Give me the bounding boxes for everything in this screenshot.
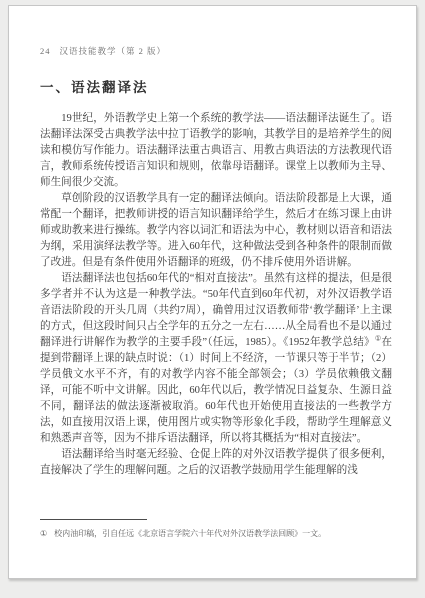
page-number: 24 [40, 46, 51, 56]
running-header: 24汉语技能教学（第 2 版） [40, 45, 390, 57]
body-text: 19世纪，外语教学史上第一个系统的教学法——语法翻译法诞生了。语法翻译法深受古典… [40, 111, 392, 479]
paragraph-text: 在提到带翻译上课的缺点时说：（1）时间上不经济，一节课只等于半节；（2）学员俄文… [40, 337, 392, 444]
footnote-text: 校内油印稿，引自任远《北京语言学院六十年代对外汉语教学法回顾》一文。 [54, 528, 326, 539]
paragraph-text: 语法翻译法也包括60年代的“相对直接法”。虽然有这样的提法，但是很多学者并不认为… [40, 273, 392, 348]
footnote-area: ① 校内油印稿，引自任远《北京语言学院六十年代对外汉语教学法回顾》一文。 [40, 519, 392, 539]
book-page: 24汉语技能教学（第 2 版） 一、语法翻译法 19世纪，外语教学史上第一个系统… [8, 5, 417, 579]
book-title: 汉语技能教学（第 2 版） [60, 46, 167, 56]
paragraph: 语法翻译给当时毫无经验、仓促上阵的对外汉语教学提供了很多便利，直接解决了学生的理… [40, 447, 392, 479]
paragraph: 语法翻译法也包括60年代的“相对直接法”。虽然有这样的提法，但是很多学者并不认为… [40, 271, 392, 447]
section-heading: 一、语法翻译法 [40, 76, 390, 96]
footnote: ① 校内油印稿，引自任远《北京语言学院六十年代对外汉语教学法回顾》一文。 [40, 528, 392, 539]
paragraph: 19世纪，外语教学史上第一个系统的教学法——语法翻译法诞生了。语法翻译法深受古典… [40, 111, 392, 191]
footnote-divider [40, 519, 147, 520]
paragraph: 草创阶段的汉语教学具有一定的翻译法倾向。语法阶段都是上大课，通常配一个翻译，把教… [40, 191, 392, 271]
footnote-marker: ① [40, 528, 47, 539]
